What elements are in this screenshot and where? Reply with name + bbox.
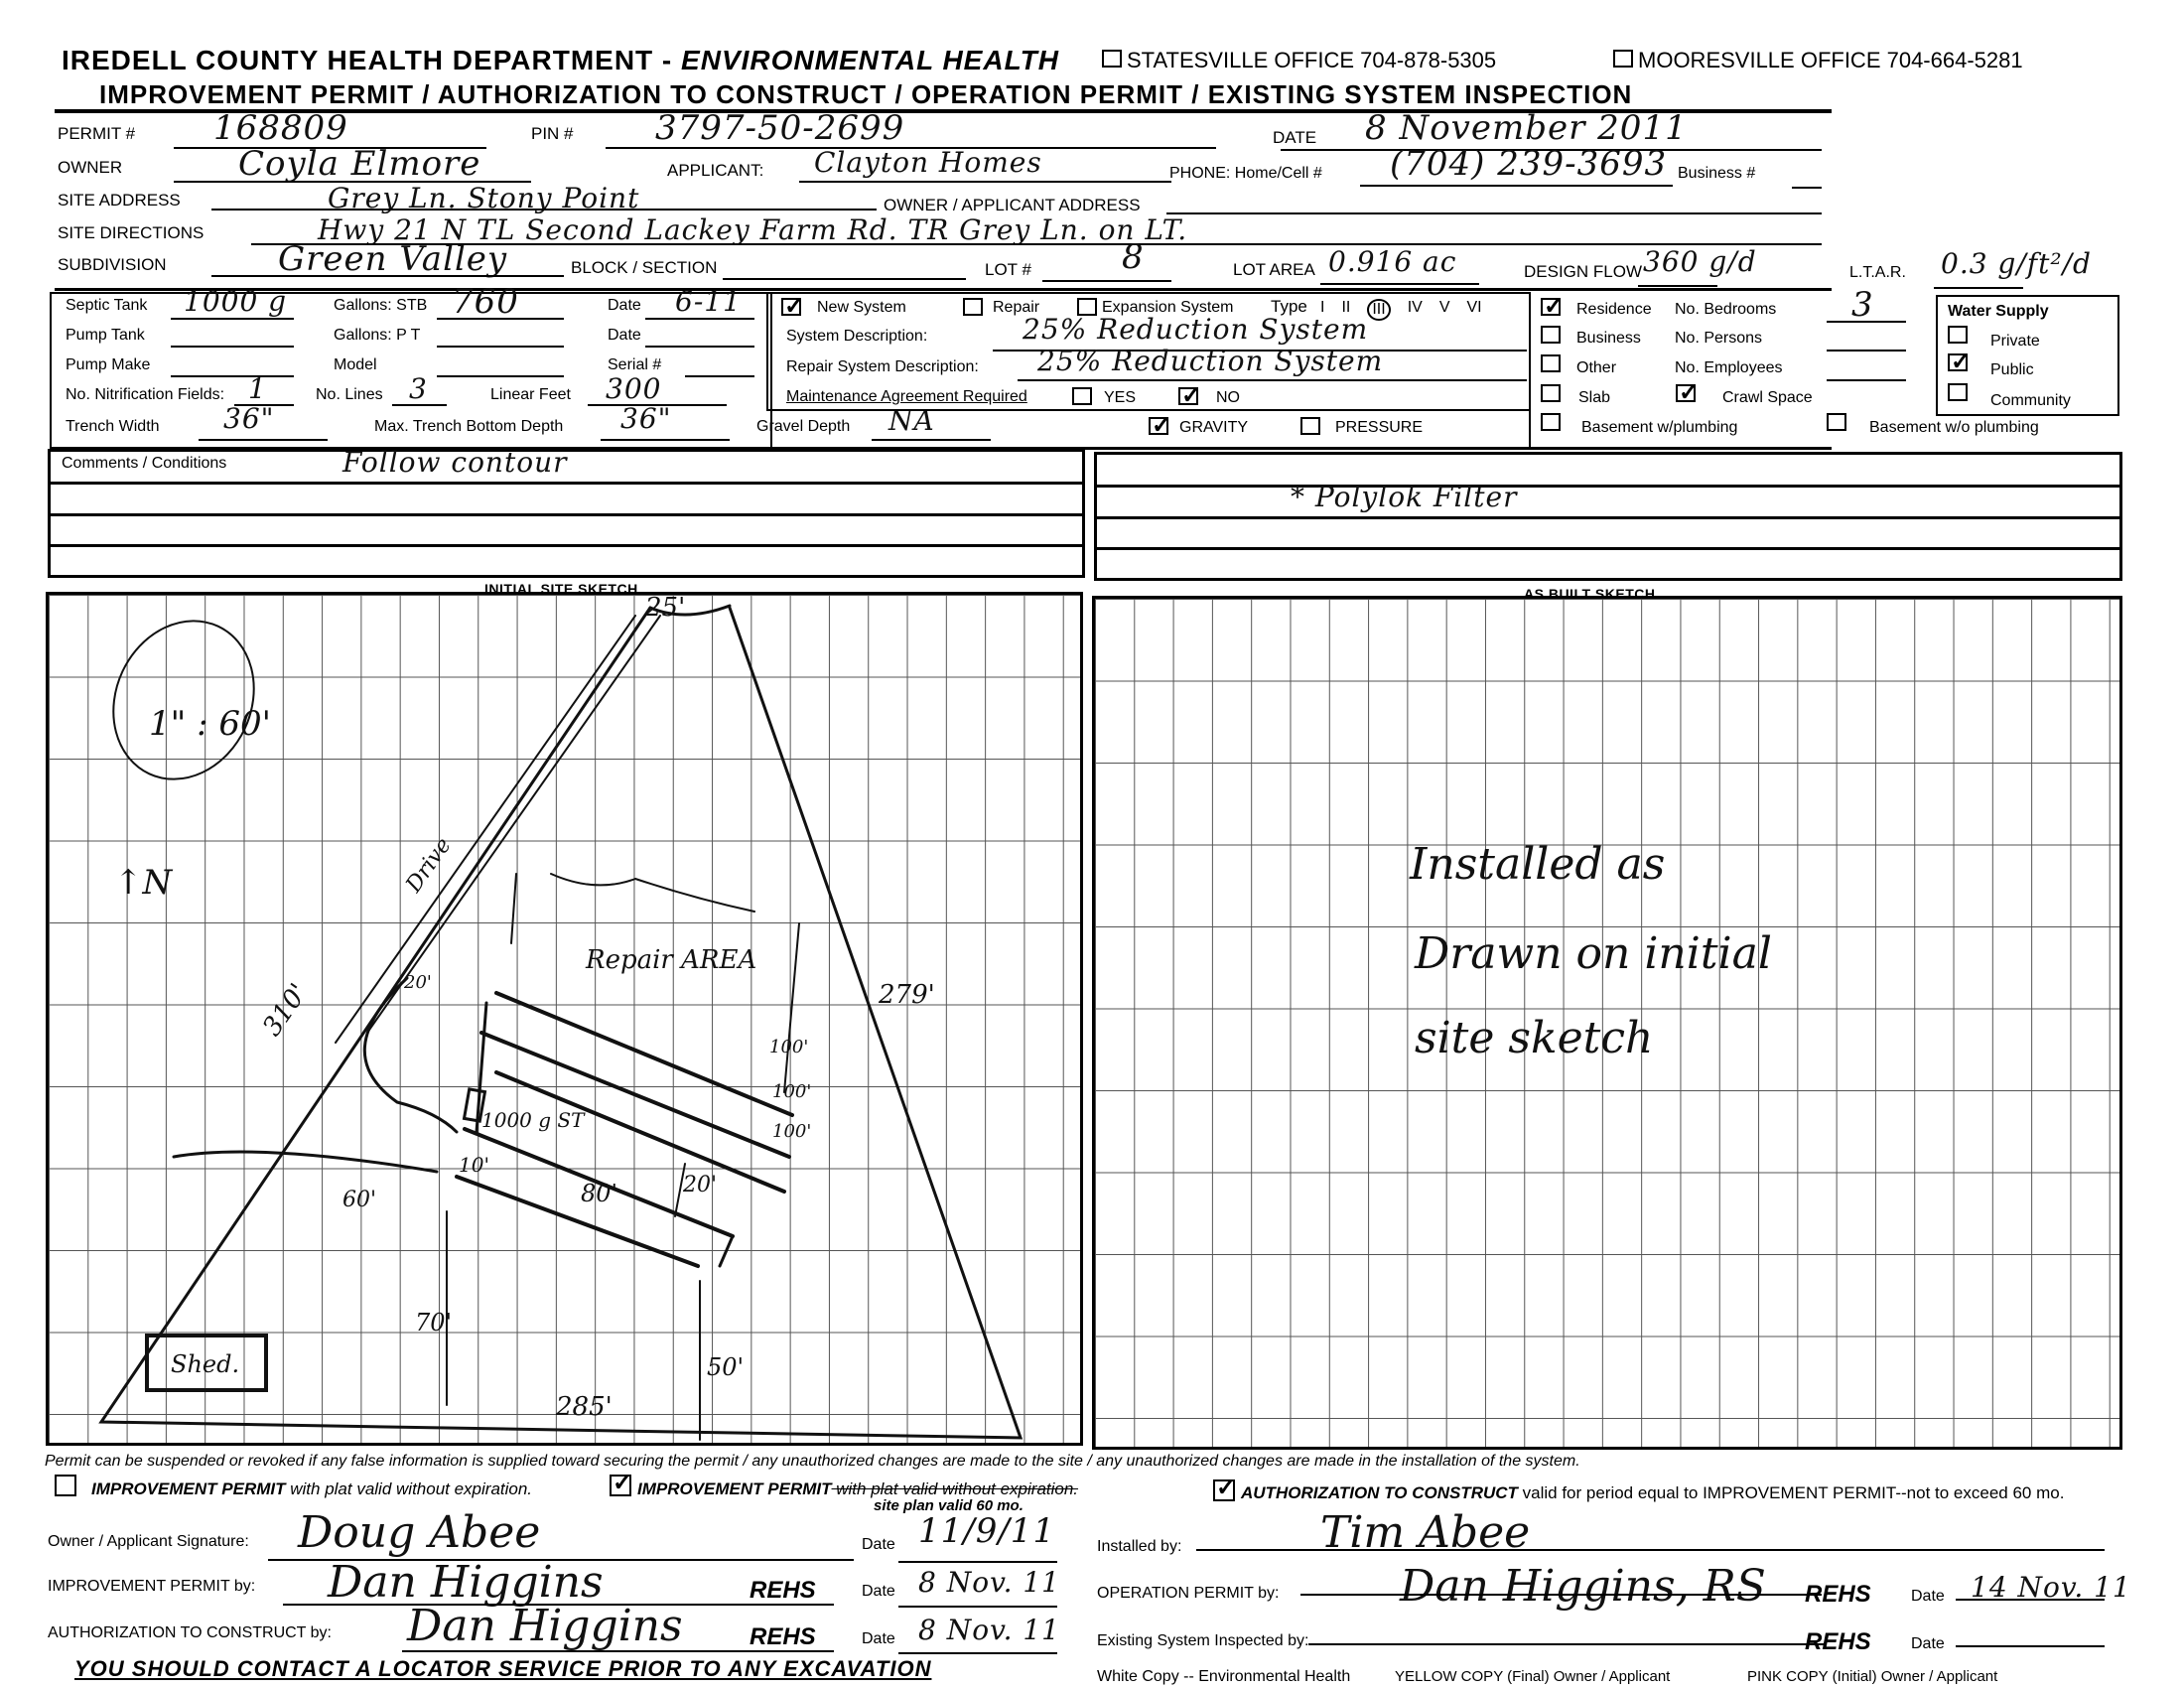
- comments-left-value[interactable]: Follow contour: [342, 449, 568, 477]
- improvement-permit-site-plan-option: IMPROVEMENT PERMIT with plat valid witho…: [637, 1479, 1078, 1499]
- lines-underline: [392, 404, 447, 406]
- max-depth-value[interactable]: 36": [620, 405, 672, 433]
- slab-checkbox[interactable]: [1541, 384, 1561, 402]
- gallons-stb-underline: [437, 318, 564, 320]
- residence-checkbox[interactable]: [1541, 298, 1561, 316]
- model-underline: [437, 375, 564, 377]
- comments-right-rule-3: [1097, 547, 2119, 550]
- lines-label: No. Lines: [316, 387, 383, 403]
- gravity-checkbox[interactable]: [1149, 417, 1168, 435]
- business-label: Business #: [1678, 166, 1755, 182]
- gallons-pt-underline: [437, 346, 564, 348]
- improvement-permit-plat-option: IMPROVEMENT PERMIT with plat valid witho…: [91, 1479, 532, 1499]
- slab-label: Slab: [1578, 390, 1610, 406]
- trench-width-label: Trench Width: [66, 419, 160, 435]
- basement-without-plumbing-label: Basement w/o plumbing: [1869, 420, 2039, 436]
- owner-signature-date[interactable]: 11/9/11: [918, 1514, 1055, 1548]
- type-option-iii[interactable]: III: [1367, 299, 1390, 321]
- division-name: ENVIRONMENTAL HEALTH: [681, 45, 1059, 75]
- operation-permit-by-label: OPERATION PERMIT by:: [1097, 1586, 1279, 1602]
- comments-right-rule-1: [1097, 485, 2119, 488]
- business-field: [1797, 187, 1822, 189]
- linear-feet-value[interactable]: 300: [606, 375, 661, 403]
- subdivision-value[interactable]: Green Valley: [278, 242, 507, 276]
- lot-label: LOT #: [985, 261, 1031, 278]
- max-depth-label: Max. Trench Bottom Depth: [374, 419, 563, 435]
- permit-label: PERMIT #: [58, 125, 135, 142]
- owner-signature-date-label: Date: [862, 1537, 895, 1553]
- pump-date-underline: [645, 346, 754, 348]
- lot-area-value[interactable]: 0.916 ac: [1328, 248, 1456, 276]
- authorization-date-label: Date: [862, 1631, 895, 1647]
- pin-label: PIN #: [531, 125, 574, 142]
- bedrooms-underline: [1827, 321, 1906, 323]
- crawl-space-checkbox[interactable]: [1676, 384, 1696, 402]
- comments-right-rule-2: [1097, 516, 2119, 519]
- department-title: IREDELL COUNTY HEALTH DEPARTMENT - ENVIR…: [62, 45, 1059, 76]
- yellow-copy-note: YELLOW COPY (Final) Owner / Applicant: [1395, 1668, 1670, 1685]
- basement-without-plumbing-checkbox[interactable]: [1827, 413, 1846, 431]
- applicant-underline: [799, 181, 1171, 183]
- owner-value[interactable]: Coyla Elmore: [238, 147, 480, 181]
- department-name: IREDELL COUNTY HEALTH DEPARTMENT -: [62, 45, 681, 75]
- facility-divider: [1529, 292, 1531, 449]
- septic-tank-value[interactable]: 1000 g: [184, 288, 287, 316]
- operation-permit-date-underline: [1956, 1599, 2105, 1601]
- water-private-checkbox[interactable]: [1948, 326, 1968, 344]
- pump-make-label: Pump Make: [66, 357, 150, 373]
- as-built-sketch[interactable]: [1092, 596, 2122, 1450]
- option3-bold: AUTHORIZATION TO CONSTRUCT: [1241, 1483, 1518, 1502]
- existing-system-underline: [1308, 1643, 1825, 1645]
- system-description-label: System Description:: [786, 329, 927, 345]
- block-underline: [723, 278, 966, 280]
- septic-tank-underline: [171, 318, 294, 320]
- pump-tank-label: Pump Tank: [66, 328, 145, 344]
- water-community-checkbox[interactable]: [1948, 383, 1968, 401]
- comments-rule-3: [51, 544, 1082, 547]
- new-system-label: New System: [817, 300, 906, 316]
- pump-tank-underline: [171, 346, 294, 348]
- existing-system-label: Existing System Inspected by:: [1097, 1633, 1308, 1649]
- persons-label: No. Persons: [1675, 331, 1762, 347]
- lot-underline: [1042, 280, 1171, 282]
- gravel-depth-value[interactable]: NA: [888, 407, 935, 435]
- existing-system-rehs: REHS: [1805, 1628, 1871, 1656]
- block-label: BLOCK / SECTION: [571, 259, 717, 276]
- date-value[interactable]: 8 November 2011: [1365, 111, 1688, 145]
- improvement-permit-date-underline: [898, 1606, 1057, 1608]
- locator-service-warning: YOU SHOULD CONTACT A LOCATOR SERVICE PRI…: [74, 1656, 931, 1682]
- permit-types-subtitle: IMPROVEMENT PERMIT / AUTHORIZATION TO CO…: [99, 79, 1632, 110]
- authorization-signature[interactable]: Dan Higgins: [407, 1601, 683, 1651]
- authorization-by-label: AUTHORIZATION TO CONSTRUCT by:: [48, 1625, 332, 1641]
- gallons-pt-label: Gallons: P T: [334, 328, 420, 344]
- persons-underline: [1827, 350, 1906, 352]
- mooresville-office-checkbox[interactable]: [1613, 50, 1633, 68]
- maintenance-yes-checkbox[interactable]: [1072, 387, 1092, 405]
- pump-date-label: Date: [608, 328, 641, 344]
- owner-address-underline: [1166, 212, 1822, 214]
- applicant-label: APPLICANT:: [667, 162, 763, 179]
- lines-value[interactable]: 3: [409, 375, 428, 403]
- business-facility-label: Business: [1576, 331, 1641, 347]
- improvement-permit-date[interactable]: 8 Nov. 11: [918, 1569, 1060, 1597]
- option2-rest: with plat valid without expiration.: [832, 1479, 1079, 1498]
- comments-rule-1: [51, 482, 1082, 485]
- tank-date-underline: [645, 318, 754, 320]
- maintenance-no-checkbox[interactable]: [1178, 387, 1198, 405]
- option1-bold: IMPROVEMENT PERMIT: [91, 1479, 286, 1498]
- system-description-value[interactable]: 25% Reduction System: [1023, 316, 1368, 344]
- max-depth-underline: [601, 439, 730, 441]
- subdivision-underline: [211, 275, 564, 277]
- existing-system-date-underline: [1956, 1645, 2105, 1647]
- operation-permit-signature[interactable]: Dan Higgins, RS: [1400, 1561, 1766, 1612]
- pin-number[interactable]: 3797-50-2699: [655, 111, 904, 145]
- gallons-stb-value[interactable]: 760: [452, 285, 519, 319]
- nitrification-value[interactable]: 1: [248, 375, 267, 403]
- linear-feet-label: Linear Feet: [490, 387, 571, 403]
- water-private-label: Private: [1990, 334, 2040, 350]
- basement-with-plumbing-label: Basement w/plumbing: [1581, 420, 1737, 436]
- gravel-depth-label: Gravel Depth: [756, 419, 850, 435]
- owner-address-label: OWNER / APPLICANT ADDRESS: [884, 197, 1141, 213]
- water-public-label: Public: [1990, 362, 2034, 378]
- tank-date-label: Date: [608, 298, 641, 314]
- repair-description-value[interactable]: 25% Reduction System: [1037, 348, 1383, 375]
- improvement-permit-site-plan-checkbox[interactable]: [610, 1475, 631, 1496]
- statesville-office-checkbox[interactable]: [1102, 50, 1122, 68]
- employees-underline: [1827, 379, 1906, 381]
- residence-label: Residence: [1576, 302, 1652, 318]
- new-system-checkbox[interactable]: [781, 298, 801, 316]
- maintenance-yes-label: YES: [1104, 390, 1136, 406]
- site-address-underline: [211, 209, 877, 211]
- other-label: Other: [1576, 360, 1616, 376]
- water-public-checkbox[interactable]: [1948, 353, 1968, 371]
- operation-permit-underline: [1300, 1594, 1822, 1596]
- operation-permit-rehs: REHS: [1805, 1581, 1871, 1609]
- type-option-vi[interactable]: VI: [1466, 299, 1481, 321]
- authorization-rehs: REHS: [750, 1623, 816, 1651]
- option1-rest: with plat valid without expiration.: [286, 1479, 533, 1498]
- subdivision-label: SUBDIVISION: [58, 256, 167, 273]
- comments-rule-2: [51, 513, 1082, 516]
- bedrooms-value[interactable]: 3: [1851, 288, 1874, 322]
- pressure-label: PRESSURE: [1335, 420, 1423, 436]
- design-flow-underline: [1638, 285, 1717, 287]
- applicant-value[interactable]: Clayton Homes: [814, 149, 1042, 177]
- pressure-checkbox[interactable]: [1300, 417, 1320, 435]
- type-option-v[interactable]: V: [1439, 299, 1450, 321]
- option3-rest: valid for period equal to IMPROVEMENT PE…: [1518, 1483, 2065, 1502]
- date-label: DATE: [1273, 129, 1316, 146]
- business-checkbox[interactable]: [1541, 326, 1561, 344]
- pump-make-underline: [171, 375, 294, 377]
- serial-label: Serial #: [608, 357, 661, 373]
- trench-width-value[interactable]: 36": [223, 405, 275, 433]
- improvement-permit-date-label: Date: [862, 1584, 895, 1600]
- authorization-date-underline: [898, 1652, 1057, 1654]
- water-community-label: Community: [1990, 393, 2071, 409]
- white-copy-note: White Copy -- Environmental Health: [1097, 1668, 1350, 1686]
- maintenance-no-label: NO: [1216, 390, 1240, 406]
- improvement-permit-plat-checkbox[interactable]: [55, 1475, 76, 1496]
- serial-underline: [685, 375, 754, 377]
- owner-signature[interactable]: Doug Abee: [298, 1507, 540, 1558]
- installed-by-underline: [1196, 1549, 2105, 1551]
- repair-description-label: Repair System Description:: [786, 359, 979, 375]
- repair-description-underline: [1018, 379, 1527, 381]
- ltar-underline: [1934, 287, 2023, 289]
- operation-permit-date[interactable]: 14 Nov. 11: [1971, 1574, 2131, 1602]
- improvement-permit-rehs: REHS: [750, 1577, 816, 1605]
- site-address-label: SITE ADDRESS: [58, 192, 181, 209]
- comments-right-value[interactable]: * Polylok Filter: [1291, 484, 1517, 511]
- revocation-disclaimer: Permit can be suspended or revoked if an…: [45, 1453, 1580, 1471]
- crawl-space-label: Crawl Space: [1722, 390, 1813, 406]
- statesville-office-label: STATESVILLE OFFICE 704-878-5305: [1127, 48, 1496, 73]
- type-option-iv[interactable]: IV: [1408, 299, 1423, 321]
- lot-area-underline: [1320, 283, 1479, 285]
- fields-divider: [55, 288, 1832, 291]
- phone-value[interactable]: (704) 239-3693: [1390, 147, 1667, 181]
- gravel-depth-underline: [872, 439, 991, 441]
- ltar-label: L.T.A.R.: [1849, 265, 1906, 281]
- initial-site-sketch[interactable]: [46, 592, 1083, 1446]
- model-label: Model: [334, 357, 377, 373]
- trench-width-underline: [199, 439, 328, 441]
- tank-date-value[interactable]: 6-11: [675, 288, 742, 316]
- mooresville-office-label: MOORESVILLE OFFICE 704-664-5281: [1638, 48, 2023, 73]
- owner-label: OWNER: [58, 159, 122, 176]
- bedrooms-label: No. Bedrooms: [1675, 302, 1776, 318]
- installed-by-label: Installed by:: [1097, 1539, 1181, 1555]
- water-supply-title: Water Supply: [1948, 304, 2049, 320]
- owner-signature-date-underline: [898, 1561, 1057, 1563]
- phone-underline: [1360, 185, 1673, 187]
- design-flow-label: DESIGN FLOW: [1524, 263, 1642, 280]
- employees-label: No. Employees: [1675, 360, 1783, 376]
- design-flow-value[interactable]: 360 g/d: [1643, 248, 1757, 276]
- ltar-value[interactable]: 0.3 g/ft²/d: [1941, 250, 2092, 278]
- other-checkbox[interactable]: [1541, 354, 1561, 372]
- owner-signature-label: Owner / Applicant Signature:: [48, 1534, 249, 1550]
- permit-number[interactable]: 168809: [213, 111, 348, 145]
- gallons-stb-label: Gallons: STB: [334, 298, 427, 314]
- gravity-label: GRAVITY: [1179, 420, 1248, 436]
- option2-bold: IMPROVEMENT PERMIT: [637, 1479, 832, 1498]
- existing-system-date-label: Date: [1911, 1636, 1945, 1652]
- authorization-to-construct-option: AUTHORIZATION TO CONSTRUCT valid for per…: [1241, 1483, 2064, 1503]
- site-directions-label: SITE DIRECTIONS: [58, 224, 204, 241]
- basement-with-plumbing-checkbox[interactable]: [1541, 413, 1561, 431]
- maintenance-label: Maintenance Agreement Required: [786, 389, 1027, 405]
- nitrification-label: No. Nitrification Fields:: [66, 387, 224, 403]
- phone-label: PHONE: Home/Cell #: [1169, 166, 1322, 182]
- comments-label: Comments / Conditions: [62, 456, 226, 472]
- authorization-to-construct-checkbox[interactable]: [1213, 1479, 1235, 1501]
- improvement-permit-by-label: IMPROVEMENT PERMIT by:: [48, 1579, 255, 1595]
- lot-area-label: LOT AREA: [1233, 261, 1315, 278]
- comments-right-box: [1094, 452, 2122, 581]
- lot-value[interactable]: 8: [1122, 240, 1145, 274]
- pink-copy-note: PINK COPY (Initial) Owner / Applicant: [1747, 1668, 1997, 1685]
- repair-checkbox[interactable]: [963, 298, 983, 316]
- septic-tank-label: Septic Tank: [66, 298, 147, 314]
- operation-permit-date-label: Date: [1911, 1589, 1945, 1605]
- authorization-date[interactable]: 8 Nov. 11: [918, 1617, 1060, 1644]
